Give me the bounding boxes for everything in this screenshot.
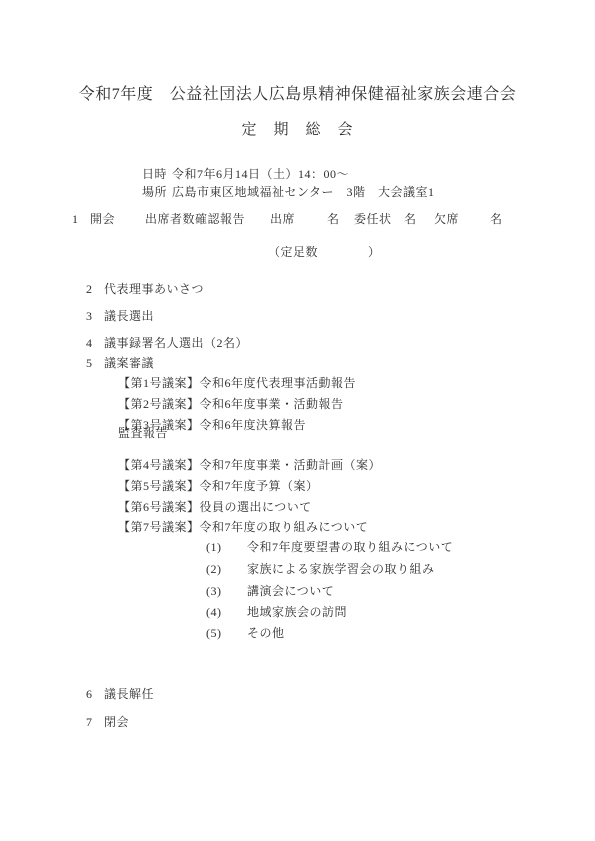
quorum-open: （定足数 [268,246,318,259]
proxy-unit: 名 [404,213,417,226]
agenda-item-1-label: 開会 [90,213,115,226]
absent-label: 欠席 [434,213,459,226]
proposal-7-tag: 【第7号議案】 [118,520,200,534]
meta-venue-line: 場所広島市東区地域福祉センター 3階 大会議室1 [128,173,435,213]
agenda-item-7-label: 閉会 [104,715,129,729]
subitem-5: (5)その他 [192,614,285,654]
attend-unit: 名 [327,213,340,226]
subitem-5-number: (5) [206,627,247,640]
document-subtitle: 定 期 総 会 [0,122,595,139]
agenda-item-3-number: 3 [86,310,104,323]
agenda-item-7-number: 7 [86,716,104,729]
agenda-item-5-number: 5 [86,357,104,370]
proxy-label: 委任状 [354,213,392,226]
agenda-item-1-number: 1 [72,213,79,226]
audit-report-line: 監査報告 [118,427,168,440]
agenda-item-2-number: 2 [86,283,104,296]
scanned-document-page: 令和7年度 公益社団法人広島県精神保健福祉家族会連合会 定 期 総 会 日時令和… [0,0,595,841]
attend-label: 出席 [270,213,295,226]
document-title: 令和7年度 公益社団法人広島県精神保健福祉家族会連合会 [0,86,595,104]
agenda-item-7: 7閉会 [72,703,129,743]
venue-value: 広島市東区地域福祉センター 3階 大会議室1 [172,185,435,199]
venue-label: 場所 [142,186,172,199]
agenda-item-2-label: 代表理事あいさつ [104,282,204,296]
agenda-item-6-number: 6 [86,688,104,701]
absent-unit: 名 [490,213,503,226]
proposal-3-text: 令和6年度決算報告 [200,418,307,432]
agenda-item-6-label: 議長解任 [104,687,154,701]
agenda-item-3-label: 議長選出 [104,309,154,323]
quorum-close: ） [368,246,381,259]
subitem-5-text: その他 [247,626,285,640]
attendance-report-label: 出席者数確認報告 [145,213,245,226]
